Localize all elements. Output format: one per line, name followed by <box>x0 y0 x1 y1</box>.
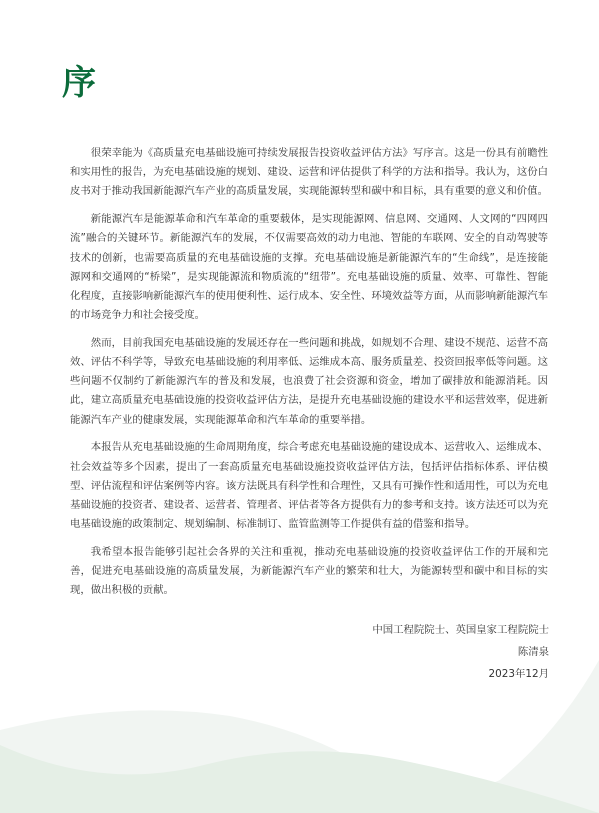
signature-block: 中国工程院院士、英国皇家工程院院士 陈清泉 2023年12月 <box>372 619 549 685</box>
preface-body: 很荣幸能为《高质量充电基础设施可持续发展报告投资收益评估方法》写序言。这是一份具… <box>70 144 548 609</box>
preface-page: 序 很荣幸能为《高质量充电基础设施可持续发展报告投资收益评估方法》写序言。这是一… <box>0 0 599 813</box>
page-title: 序 <box>62 63 96 103</box>
author-name: 陈清泉 <box>372 641 549 663</box>
author-title: 中国工程院院士、英国皇家工程院院士 <box>372 619 549 641</box>
paragraph-2: 新能源汽车是能源革命和汽车革命的重要载体，是实现能源网、信息网、交通网、人文网的… <box>70 210 548 325</box>
paragraph-3: 然而，目前我国充电基础设施的发展还存在一些问题和挑战，如规划不合理、建设不规范、… <box>70 334 548 430</box>
signature-date: 2023年12月 <box>372 663 549 685</box>
paragraph-5: 我希望本报告能够引起社会各界的关注和重视，推动充电基础设施的投资收益评估工作的开… <box>70 543 548 601</box>
paragraph-1: 很荣幸能为《高质量充电基础设施可持续发展报告投资收益评估方法》写序言。这是一份具… <box>70 144 548 202</box>
paragraph-4: 本报告从充电基础设施的生命周期角度，综合考虑充电基础设施的建设成本、运营收入、运… <box>70 438 548 534</box>
